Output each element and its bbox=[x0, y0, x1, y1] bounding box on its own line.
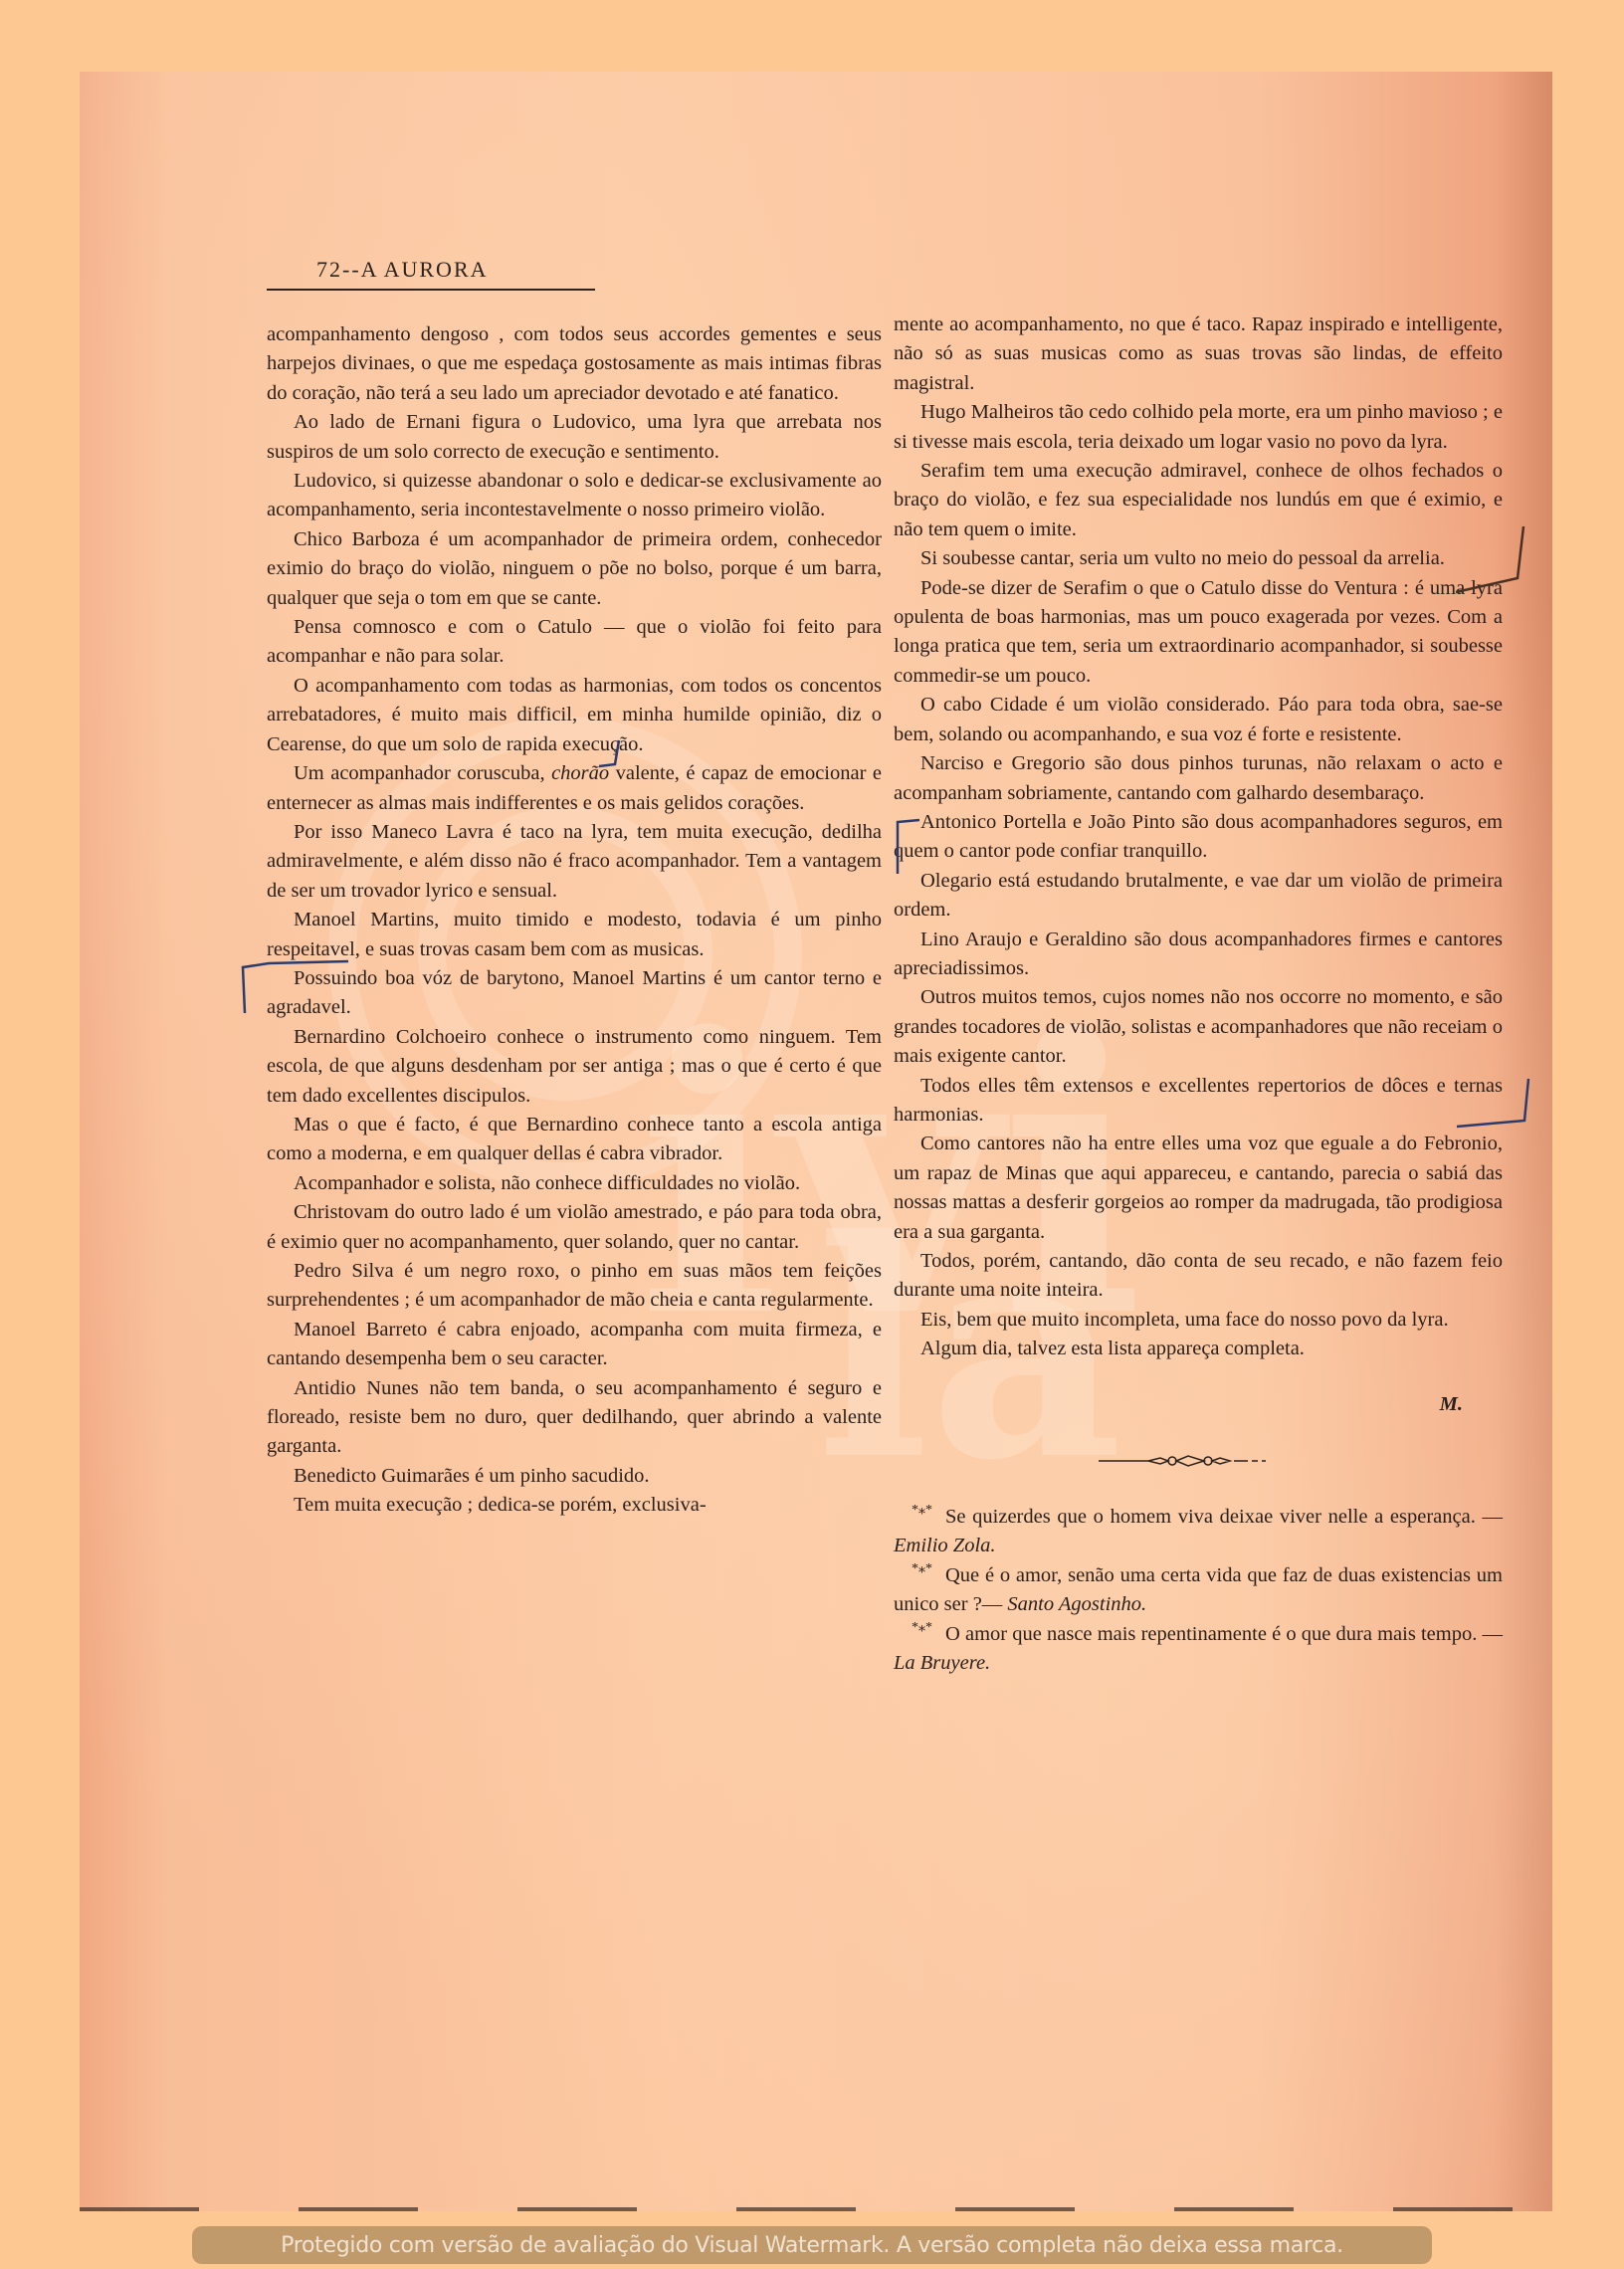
paragraph: Eis, bem que muito incompleta, uma face … bbox=[894, 1306, 1503, 1335]
paragraph: O cabo Cidade é um violão considerado. P… bbox=[894, 691, 1503, 749]
paragraph: Bernardino Colchoeiro conhece o instrume… bbox=[267, 1023, 882, 1111]
paragraph: Olegario está estudando brutalmente, e v… bbox=[894, 867, 1503, 926]
maxim-author: Santo Agostinho. bbox=[1007, 1593, 1146, 1615]
paragraph: Outros muitos temos, cujos nomes não nos… bbox=[894, 983, 1503, 1071]
paragraph: Por isso Maneco Lavra é taco na lyra, te… bbox=[267, 818, 882, 906]
asterism-icon: *⁎* bbox=[912, 1620, 945, 1636]
paragraph: Chico Barboza é um acompanhador de prime… bbox=[267, 525, 882, 613]
asterism-icon: *⁎* bbox=[912, 1503, 945, 1519]
paragraph: Antonico Portella e João Pinto são dous … bbox=[894, 808, 1503, 867]
asterism-icon: *⁎* bbox=[912, 1561, 945, 1577]
paragraph: Pedro Silva é um negro roxo, o pinho em … bbox=[267, 1257, 882, 1316]
right-column: mente ao acompanhamento, no que é taco. … bbox=[894, 310, 1503, 1678]
paragraph: Possuindo boa vóz de barytono, Manoel Ma… bbox=[267, 964, 882, 1023]
paragraph: O acompanhamento com todas as harmonias,… bbox=[267, 672, 882, 759]
page-bottom-edge bbox=[80, 2207, 1552, 2211]
paragraph: Todos elles têm extensos e excellentes r… bbox=[894, 1072, 1503, 1131]
paragraph: mente ao acompanhamento, no que é taco. … bbox=[894, 310, 1503, 398]
paragraph: Ludovico, si quizesse abandonar o solo e… bbox=[267, 467, 882, 525]
paragraph: Christovam do outro lado é um violão ame… bbox=[267, 1198, 882, 1257]
fleuron-divider-icon bbox=[1099, 1453, 1298, 1469]
paragraph: Como cantores não ha entre elles uma voz… bbox=[894, 1130, 1503, 1247]
paragraph: Tem muita execução ; dedica-se porém, ex… bbox=[267, 1491, 882, 1520]
paragraph: Um acompanhador coruscuba, chorão valent… bbox=[267, 759, 882, 818]
paragraph: Mas o que é facto, é que Bernardino conh… bbox=[267, 1111, 882, 1169]
paragraph: Narciso e Gregorio são dous pinhos turun… bbox=[894, 749, 1503, 808]
paragraph: Pensa comnosco e com o Catulo — que o vi… bbox=[267, 613, 882, 672]
paragraph: Acompanhador e solista, não conhece diff… bbox=[267, 1169, 882, 1198]
maxim-author: Emilio Zola. bbox=[894, 1535, 996, 1556]
paragraph: Todos, porém, cantando, dão conta de seu… bbox=[894, 1247, 1503, 1306]
paragraph: Benedicto Guimarães é um pinho sacudido. bbox=[267, 1462, 882, 1491]
left-column: acompanhamento dengoso , com todos seus … bbox=[267, 320, 882, 1521]
paragraph: acompanhamento dengoso , com todos seus … bbox=[267, 320, 882, 408]
author-signature: M. bbox=[894, 1390, 1503, 1419]
paragraph: Hugo Malheiros tão cedo colhido pela mor… bbox=[894, 398, 1503, 457]
paragraph: Lino Araujo e Geraldino são dous acompan… bbox=[894, 926, 1503, 984]
header-rule bbox=[267, 289, 595, 291]
maxim: *⁎*Que é o amor, senão uma certa vida qu… bbox=[894, 1561, 1503, 1620]
paragraph: Manoel Martins, muito timido e modesto, … bbox=[267, 906, 882, 964]
paragraph: Algum dia, talvez esta lista appareça co… bbox=[894, 1335, 1503, 1363]
watermark-notice-bar: Protegido com versão de avaliação do Vis… bbox=[192, 2226, 1432, 2264]
maxim: *⁎*Se quizerdes que o homem viva deixae … bbox=[894, 1503, 1503, 1561]
italic-term: chorão bbox=[551, 762, 609, 784]
paragraph: Serafim tem uma execução admiravel, conh… bbox=[894, 457, 1503, 544]
page-header: 72--A AURORA bbox=[316, 257, 489, 283]
maxim: *⁎*O amor que nasce mais repentinamente … bbox=[894, 1620, 1503, 1679]
paragraph: Ao lado de Ernani figura o Ludovico, uma… bbox=[267, 408, 882, 467]
maxim-author: La Bruyere. bbox=[894, 1652, 990, 1674]
paragraph: Si soubesse cantar, seria um vulto no me… bbox=[894, 544, 1503, 573]
paragraph: Pode-se dizer de Serafim o que o Catulo … bbox=[894, 574, 1503, 692]
paragraph: Antidio Nunes não tem banda, o seu acomp… bbox=[267, 1374, 882, 1462]
paragraph: Manoel Barreto é cabra enjoado, acompanh… bbox=[267, 1316, 882, 1374]
